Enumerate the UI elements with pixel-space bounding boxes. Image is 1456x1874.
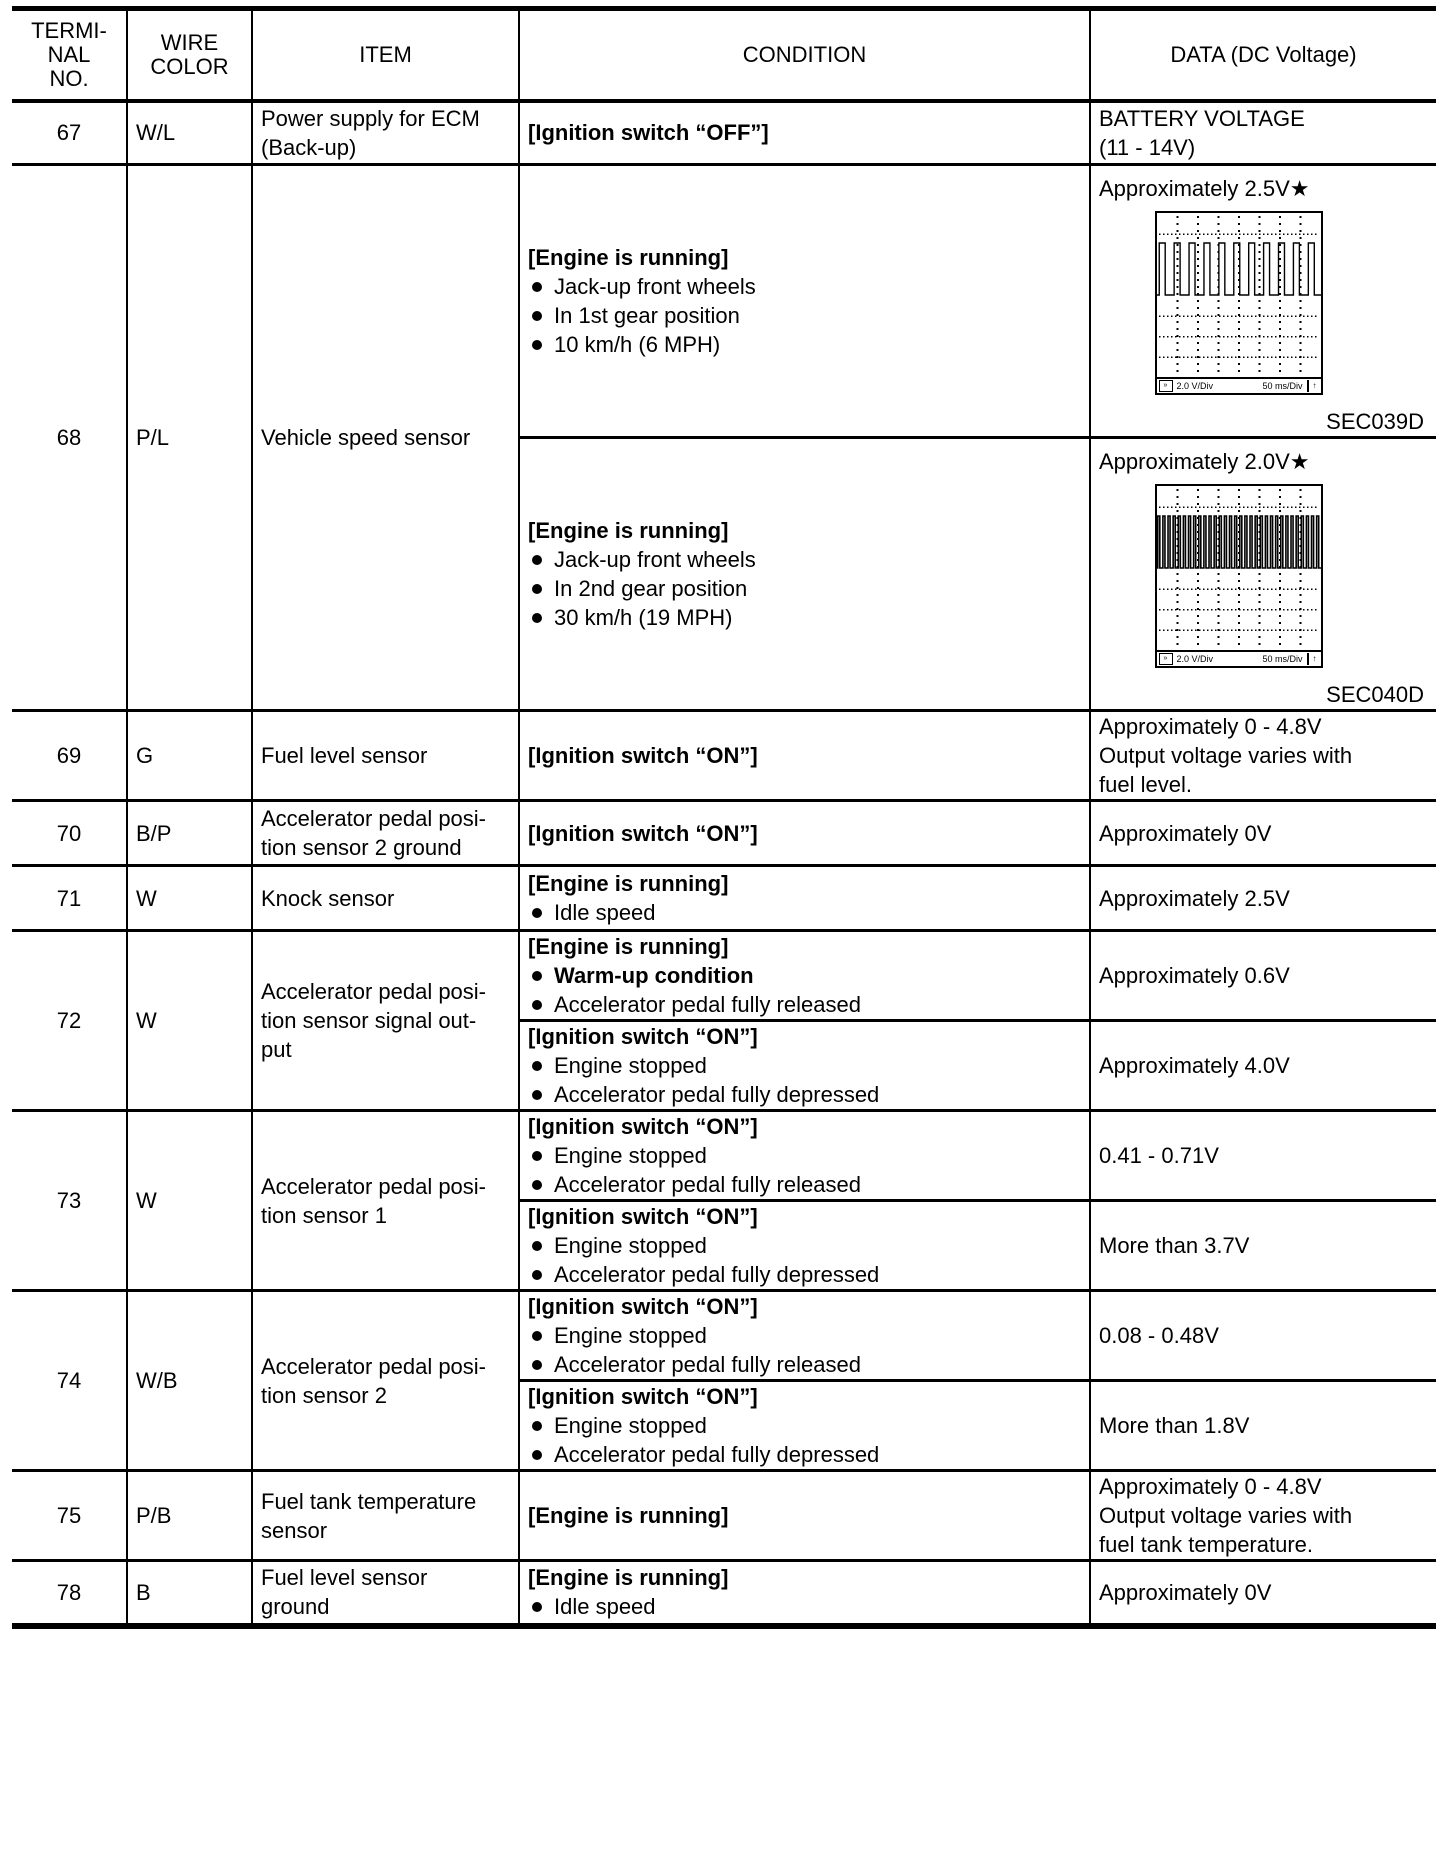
waveform-holder: »2.0 V/Div50 ms/Div↑ <box>1099 211 1428 395</box>
data-cell: Approximately 0.6V <box>1090 931 1436 1021</box>
data-cell: More than 3.7V <box>1090 1201 1436 1291</box>
condition-cell: [Engine is running]Idle speed <box>519 866 1090 931</box>
item-name: Power supply for ECM (Back-up) <box>252 101 519 165</box>
terminal-number: 72 <box>12 931 127 1111</box>
condition-bullet-text: Jack-up front wheels <box>554 272 756 301</box>
item-name: Accelerator pedal posi- tion sensor 2 <box>252 1291 519 1471</box>
condition-bullet: 30 km/h (19 MPH) <box>528 603 1081 632</box>
condition-bullet-text: In 1st gear position <box>554 301 740 330</box>
data-value: Output voltage varies with <box>1099 741 1428 770</box>
data-value: Approximately 2.0V★ <box>1099 447 1428 476</box>
bullet-dot-icon <box>532 282 542 292</box>
terminal-number: 67 <box>12 101 127 165</box>
condition-bullet: Idle speed <box>528 1592 1081 1621</box>
bullet-dot-icon <box>532 971 542 981</box>
condition-bullet-text: Engine stopped <box>554 1411 707 1440</box>
item-name: Fuel tank temperature sensor <box>252 1471 519 1561</box>
condition-cell: [Ignition switch “ON”]Engine stoppedAcce… <box>519 1021 1090 1111</box>
condition-heading: [Engine is running] <box>528 243 1081 272</box>
oscilloscope-footer: »2.0 V/Div50 ms/Div↑ <box>1157 377 1321 393</box>
data-cell: BATTERY VOLTAGE(11 - 14V) <box>1090 101 1436 165</box>
item-name: Accelerator pedal posi- tion sensor 2 gr… <box>252 801 519 866</box>
condition-cell: [Ignition switch “ON”]Engine stoppedAcce… <box>519 1111 1090 1201</box>
table-row: 73WAccelerator pedal posi- tion sensor 1… <box>12 1111 1436 1201</box>
condition-bullet-text: Idle speed <box>554 898 656 927</box>
volts-per-div: 2.0 V/Div <box>1177 379 1214 393</box>
data-cell: Approximately 2.5V★»2.0 V/Div50 ms/Div↑S… <box>1090 165 1436 438</box>
table-row: 70B/PAccelerator pedal posi- tion sensor… <box>12 801 1436 866</box>
data-value: More than 3.7V <box>1099 1231 1428 1260</box>
condition-cell: [Engine is running]Idle speed <box>519 1561 1090 1626</box>
wire-color: W <box>127 866 252 931</box>
terminal-number: 70 <box>12 801 127 866</box>
condition-cell: [Ignition switch “ON”]Engine stoppedAcce… <box>519 1291 1090 1381</box>
data-cell: Approximately 4.0V <box>1090 1021 1436 1111</box>
ecm-terminal-table: TERMI- NAL NO. WIRE COLOR ITEM CONDITION… <box>12 6 1436 1629</box>
bullet-dot-icon <box>532 1090 542 1100</box>
table-row: 67W/LPower supply for ECM (Back-up)[Igni… <box>12 101 1436 165</box>
waveform-holder: »2.0 V/Div50 ms/Div↑ <box>1099 484 1428 668</box>
data-value: fuel tank temperature. <box>1099 1530 1428 1559</box>
condition-bullet-text: Engine stopped <box>554 1321 707 1350</box>
bullet-dot-icon <box>532 1360 542 1370</box>
terminal-number: 74 <box>12 1291 127 1471</box>
bullet-dot-icon <box>532 1180 542 1190</box>
table-header-row: TERMI- NAL NO. WIRE COLOR ITEM CONDITION… <box>12 9 1436 101</box>
condition-bullet-text: Accelerator pedal fully depressed <box>554 1440 879 1469</box>
table-row: 72WAccelerator pedal posi- tion sensor s… <box>12 931 1436 1021</box>
data-cell: Approximately 0V <box>1090 801 1436 866</box>
terminal-number: 68 <box>12 165 127 711</box>
table-row: 68P/LVehicle speed sensor[Engine is runn… <box>12 165 1436 438</box>
bullet-dot-icon <box>532 340 542 350</box>
wire-color: P/L <box>127 165 252 711</box>
wire-color: W/B <box>127 1291 252 1471</box>
figure-code: SEC039D <box>1099 407 1428 436</box>
data-value: Approximately 0 - 4.8V <box>1099 1472 1428 1501</box>
data-value: Approximately 0 - 4.8V <box>1099 712 1428 741</box>
bullet-dot-icon <box>532 1331 542 1341</box>
condition-bullet: Engine stopped <box>528 1231 1081 1260</box>
condition-cell: [Ignition switch “ON”]Engine stoppedAcce… <box>519 1381 1090 1471</box>
bullet-dot-icon <box>532 311 542 321</box>
bullet-dot-icon <box>532 613 542 623</box>
data-value: 0.41 - 0.71V <box>1099 1141 1428 1170</box>
item-name: Accelerator pedal posi- tion sensor sign… <box>252 931 519 1111</box>
item-name: Knock sensor <box>252 866 519 931</box>
wire-color: W <box>127 1111 252 1291</box>
condition-bullet-text: Accelerator pedal fully released <box>554 1170 861 1199</box>
condition-bullet: Engine stopped <box>528 1141 1081 1170</box>
condition-bullet: 10 km/h (6 MPH) <box>528 330 1081 359</box>
condition-heading: [Engine is running] <box>528 516 1081 545</box>
data-value: Approximately 0.6V <box>1099 961 1428 990</box>
bullet-dot-icon <box>532 1061 542 1071</box>
table-row: 78BFuel level sensor ground[Engine is ru… <box>12 1561 1436 1626</box>
data-value: More than 1.8V <box>1099 1411 1428 1440</box>
condition-bullet-text: 30 km/h (19 MPH) <box>554 603 733 632</box>
table-row: 75P/BFuel tank temperature sensor[Engine… <box>12 1471 1436 1561</box>
condition-bullet: Engine stopped <box>528 1321 1081 1350</box>
condition-bullet-text: Accelerator pedal fully released <box>554 990 861 1019</box>
oscilloscope-waveform: »2.0 V/Div50 ms/Div↑ <box>1155 211 1323 395</box>
data-cell: More than 1.8V <box>1090 1381 1436 1471</box>
condition-heading: [Ignition switch “ON”] <box>528 819 1081 848</box>
data-cell: Approximately 0V <box>1090 1561 1436 1626</box>
data-value: BATTERY VOLTAGE <box>1099 104 1428 133</box>
condition-heading: [Ignition switch “ON”] <box>528 741 1081 770</box>
data-value: Approximately 4.0V <box>1099 1051 1428 1080</box>
header-data: DATA (DC Voltage) <box>1090 9 1436 101</box>
terminal-number: 75 <box>12 1471 127 1561</box>
wire-color: B <box>127 1561 252 1626</box>
condition-bullet: Accelerator pedal fully depressed <box>528 1440 1081 1469</box>
bullet-dot-icon <box>532 1241 542 1251</box>
condition-heading: [Ignition switch “ON”] <box>528 1022 1081 1051</box>
data-with-waveform: Approximately 2.5V★»2.0 V/Div50 ms/Div↑S… <box>1099 174 1428 436</box>
condition-cell: [Ignition switch “OFF”] <box>519 101 1090 165</box>
condition-bullet: Accelerator pedal fully depressed <box>528 1260 1081 1289</box>
figure-code: SEC040D <box>1099 680 1428 709</box>
bullet-dot-icon <box>532 1270 542 1280</box>
condition-bullet: Warm-up condition <box>528 961 1081 990</box>
data-cell: Approximately 0 - 4.8VOutput voltage var… <box>1090 711 1436 801</box>
header-wire-color: WIRE COLOR <box>127 9 252 101</box>
header-condition: CONDITION <box>519 9 1090 101</box>
condition-bullet-text: In 2nd gear position <box>554 574 747 603</box>
condition-cell: [Ignition switch “ON”]Engine stoppedAcce… <box>519 1201 1090 1291</box>
table-row: 71WKnock sensor[Engine is running]Idle s… <box>12 866 1436 931</box>
table-row: 74W/BAccelerator pedal posi- tion sensor… <box>12 1291 1436 1381</box>
data-value: Approximately 2.5V★ <box>1099 174 1428 203</box>
data-cell: Approximately 2.0V★»2.0 V/Div50 ms/Div↑S… <box>1090 438 1436 711</box>
data-value: Approximately 0V <box>1099 1578 1428 1607</box>
table-row: 69GFuel level sensor[Ignition switch “ON… <box>12 711 1436 801</box>
condition-heading: [Engine is running] <box>528 1501 1081 1530</box>
condition-cell: [Engine is running] <box>519 1471 1090 1561</box>
terminal-number: 69 <box>12 711 127 801</box>
data-cell: 0.08 - 0.48V <box>1090 1291 1436 1381</box>
condition-cell: [Engine is running]Jack-up front wheelsI… <box>519 165 1090 438</box>
data-cell: Approximately 2.5V <box>1090 866 1436 931</box>
condition-heading: [Ignition switch “ON”] <box>528 1202 1081 1231</box>
condition-cell: [Engine is running]Warm-up conditionAcce… <box>519 931 1090 1021</box>
scope-trigger-icon: ↑ <box>1307 653 1321 665</box>
wire-color: W <box>127 931 252 1111</box>
bullet-dot-icon <box>532 908 542 918</box>
wire-color: W/L <box>127 101 252 165</box>
data-value: 0.08 - 0.48V <box>1099 1321 1428 1350</box>
item-name: Fuel level sensor <box>252 711 519 801</box>
condition-heading: [Ignition switch “ON”] <box>528 1112 1081 1141</box>
bullet-dot-icon <box>532 584 542 594</box>
condition-heading: [Ignition switch “ON”] <box>528 1292 1081 1321</box>
condition-bullet-text: Idle speed <box>554 1592 656 1621</box>
condition-bullet-text: Engine stopped <box>554 1231 707 1260</box>
bullet-dot-icon <box>532 555 542 565</box>
scope-mode-icon: » <box>1159 653 1173 665</box>
condition-bullet-text: Accelerator pedal fully depressed <box>554 1080 879 1109</box>
condition-heading: [Engine is running] <box>528 932 1081 961</box>
condition-bullet-text: Accelerator pedal fully released <box>554 1350 861 1379</box>
condition-bullet: Engine stopped <box>528 1411 1081 1440</box>
time-per-div: 50 ms/Div <box>1262 379 1302 393</box>
data-value: (11 - 14V) <box>1099 133 1428 162</box>
oscilloscope-footer: »2.0 V/Div50 ms/Div↑ <box>1157 650 1321 666</box>
terminal-number: 78 <box>12 1561 127 1626</box>
time-per-div: 50 ms/Div <box>1262 652 1302 666</box>
condition-bullet: In 1st gear position <box>528 301 1081 330</box>
terminal-number: 73 <box>12 1111 127 1291</box>
condition-heading: [Ignition switch “ON”] <box>528 1382 1081 1411</box>
item-name: Fuel level sensor ground <box>252 1561 519 1626</box>
bullet-dot-icon <box>532 1602 542 1612</box>
condition-bullet-text: 10 km/h (6 MPH) <box>554 330 720 359</box>
condition-bullet: In 2nd gear position <box>528 574 1081 603</box>
data-cell: 0.41 - 0.71V <box>1090 1111 1436 1201</box>
scope-trigger-icon: ↑ <box>1307 380 1321 392</box>
condition-cell: [Engine is running]Jack-up front wheelsI… <box>519 438 1090 711</box>
condition-bullet: Accelerator pedal fully released <box>528 990 1081 1019</box>
data-value: Approximately 2.5V <box>1099 884 1428 913</box>
condition-bullet: Jack-up front wheels <box>528 545 1081 574</box>
scope-mode-icon: » <box>1159 380 1173 392</box>
volts-per-div: 2.0 V/Div <box>1177 652 1214 666</box>
condition-bullet-text: Engine stopped <box>554 1141 707 1170</box>
header-terminal: TERMI- NAL NO. <box>12 9 127 101</box>
wire-color: G <box>127 711 252 801</box>
condition-bullet-text: Jack-up front wheels <box>554 545 756 574</box>
wire-color: P/B <box>127 1471 252 1561</box>
data-cell: Approximately 0 - 4.8VOutput voltage var… <box>1090 1471 1436 1561</box>
item-name: Accelerator pedal posi- tion sensor 1 <box>252 1111 519 1291</box>
condition-bullet-text: Warm-up condition <box>554 961 754 990</box>
data-value: Approximately 0V <box>1099 819 1428 848</box>
condition-bullet: Idle speed <box>528 898 1081 927</box>
bullet-dot-icon <box>532 1421 542 1431</box>
item-name: Vehicle speed sensor <box>252 165 519 711</box>
condition-bullet: Engine stopped <box>528 1051 1081 1080</box>
condition-bullet: Jack-up front wheels <box>528 272 1081 301</box>
condition-bullet-text: Accelerator pedal fully depressed <box>554 1260 879 1289</box>
data-with-waveform: Approximately 2.0V★»2.0 V/Div50 ms/Div↑S… <box>1099 447 1428 709</box>
condition-cell: [Ignition switch “ON”] <box>519 711 1090 801</box>
data-value: fuel level. <box>1099 770 1428 799</box>
condition-cell: [Ignition switch “ON”] <box>519 801 1090 866</box>
wire-color: B/P <box>127 801 252 866</box>
oscilloscope-waveform: »2.0 V/Div50 ms/Div↑ <box>1155 484 1323 668</box>
data-value: Output voltage varies with <box>1099 1501 1428 1530</box>
condition-bullet: Accelerator pedal fully released <box>528 1170 1081 1199</box>
bullet-dot-icon <box>532 1151 542 1161</box>
header-item: ITEM <box>252 9 519 101</box>
condition-bullet-text: Engine stopped <box>554 1051 707 1080</box>
condition-heading: [Engine is running] <box>528 1563 1081 1592</box>
condition-heading: [Ignition switch “OFF”] <box>528 118 1081 147</box>
bullet-dot-icon <box>532 1000 542 1010</box>
bullet-dot-icon <box>532 1450 542 1460</box>
terminal-number: 71 <box>12 866 127 931</box>
condition-bullet: Accelerator pedal fully released <box>528 1350 1081 1379</box>
condition-heading: [Engine is running] <box>528 869 1081 898</box>
condition-bullet: Accelerator pedal fully depressed <box>528 1080 1081 1109</box>
